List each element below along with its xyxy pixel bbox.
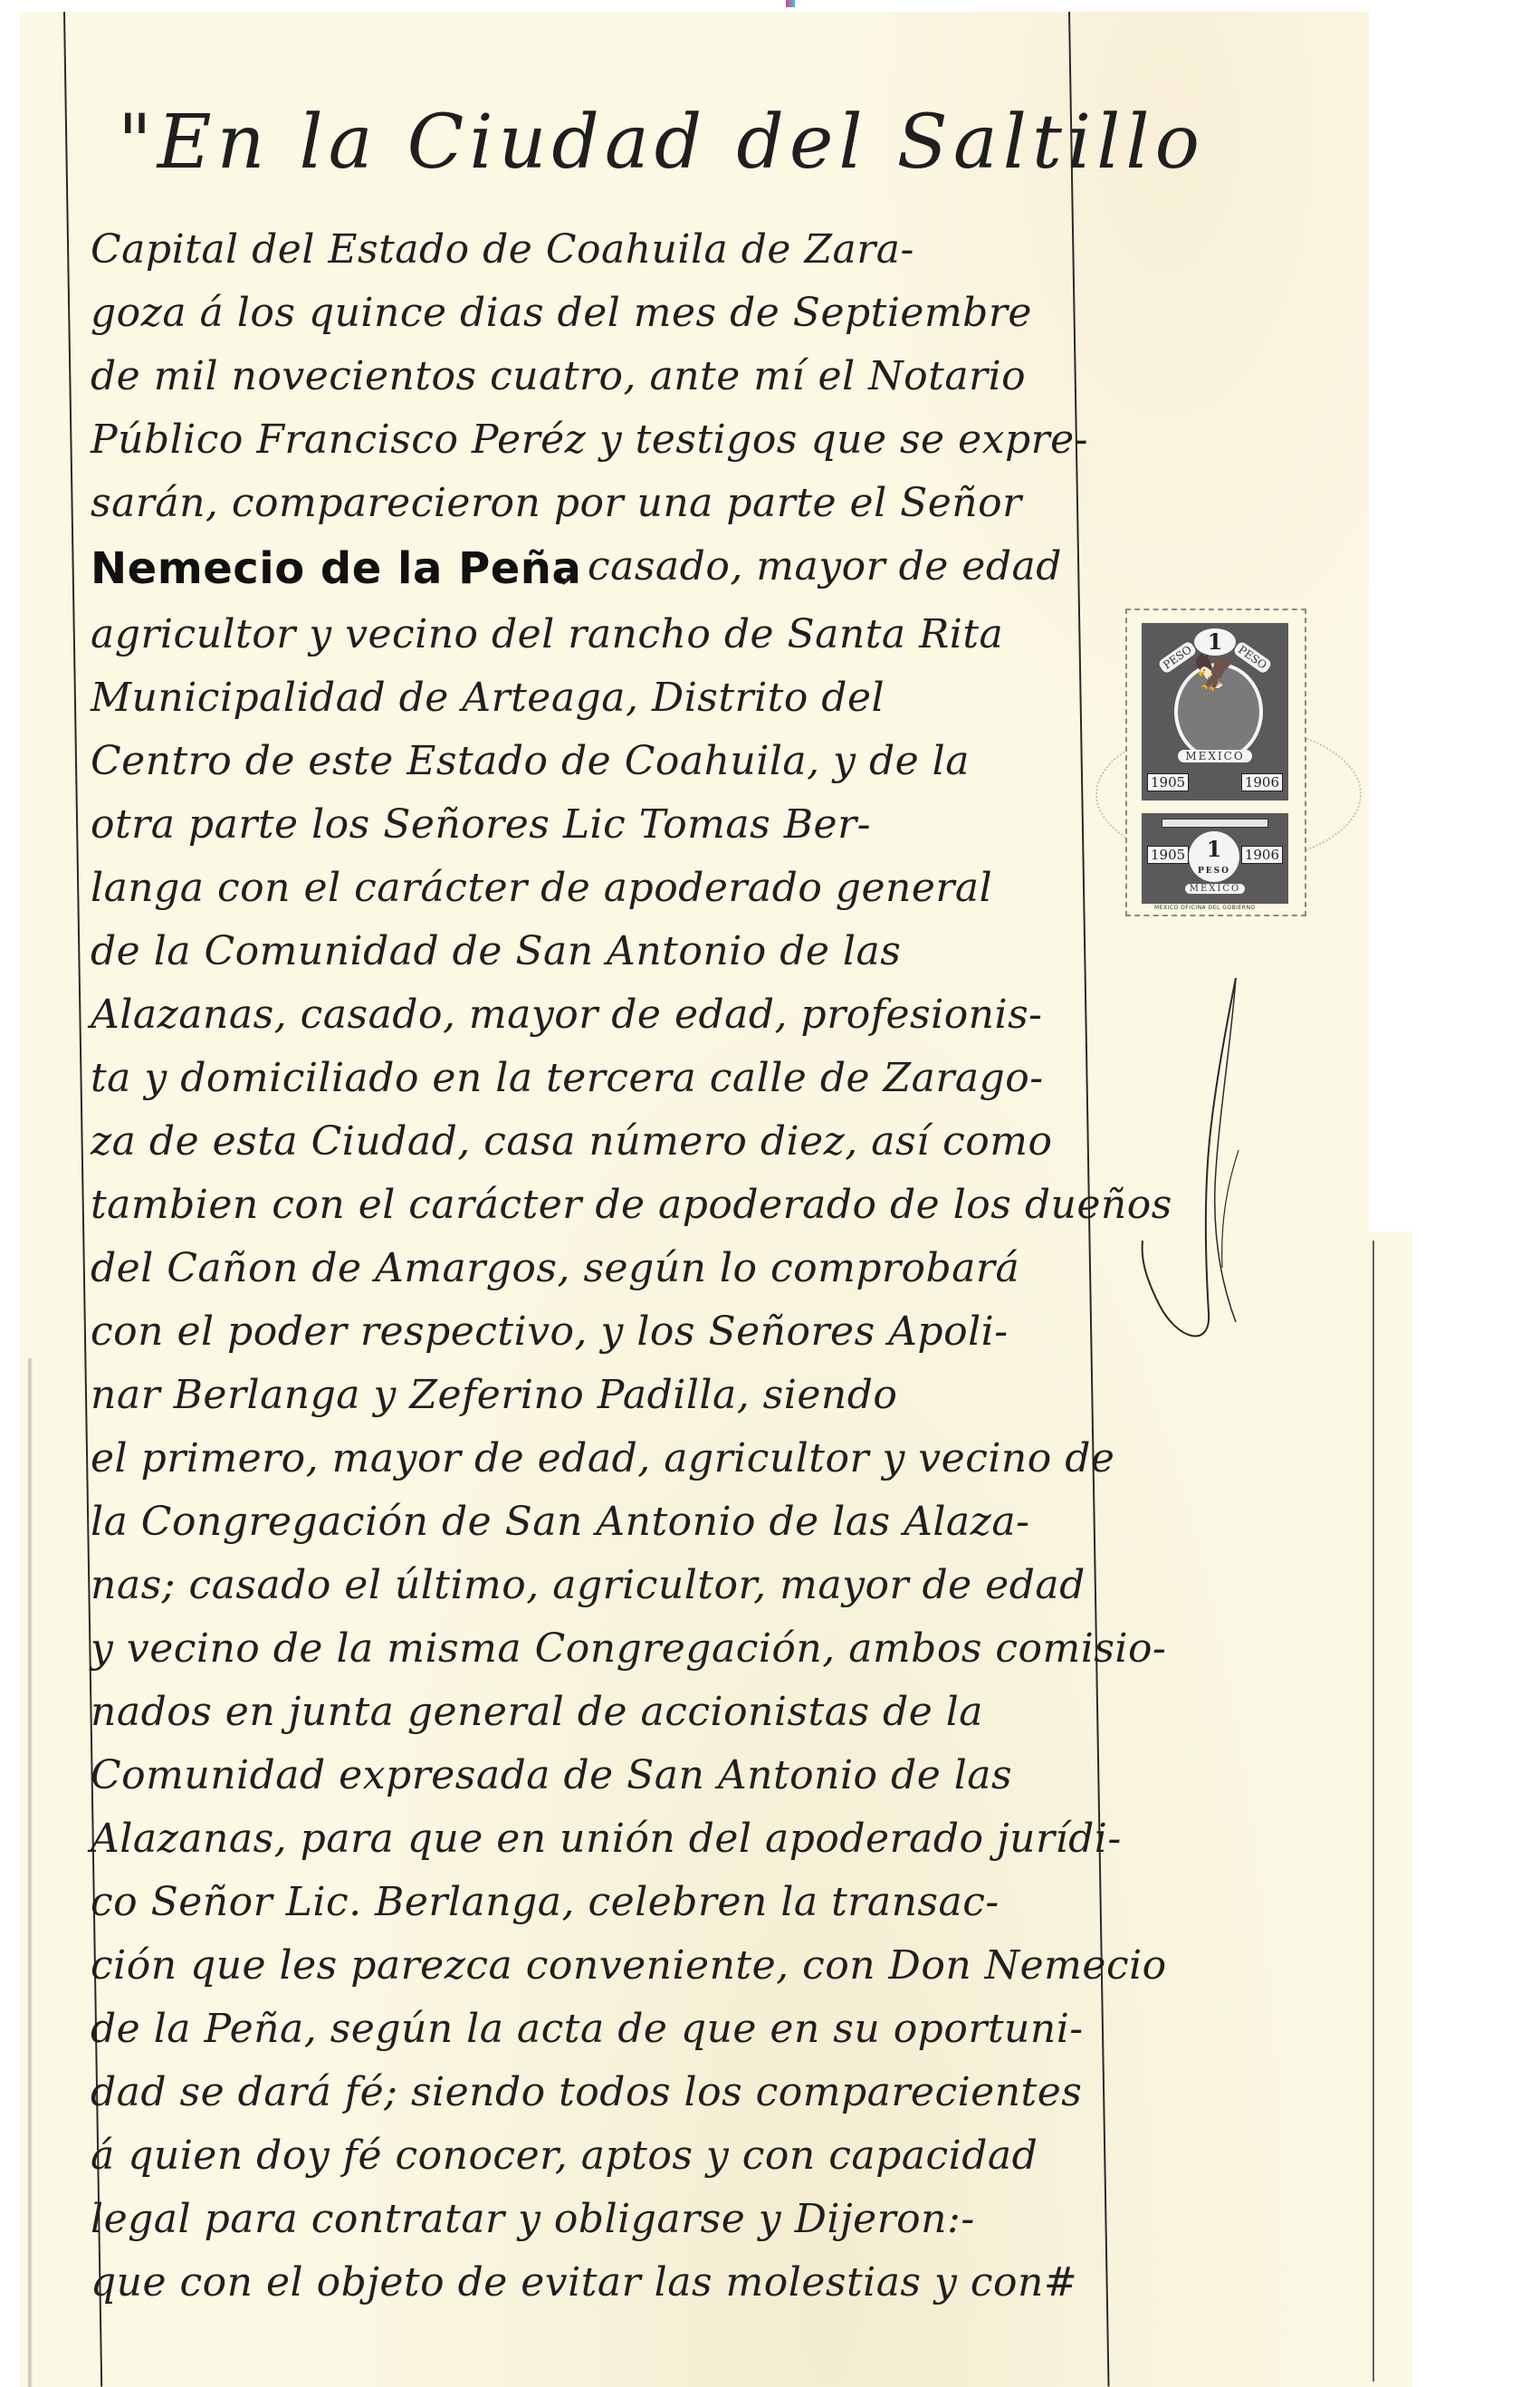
stamp-year-left: 1905: [1147, 846, 1189, 864]
stamp-country: MEXICO: [1185, 884, 1245, 894]
text-line: Público Francisco Peréz y testigos que s…: [91, 417, 1088, 463]
text-line: Centro de este Estado de Coahuila, y de …: [91, 738, 970, 784]
text-line-tail: , casado, mayor de edad: [561, 543, 1062, 590]
stamp-denomination: 1: [1194, 628, 1236, 656]
text-line: ta y domiciliado en la tercera calle de …: [91, 1055, 1044, 1101]
text-line: dad se dará fé; siendo todos los compare…: [91, 2069, 1082, 2115]
text-line-emphasized: Nemecio de la Peña: [91, 543, 581, 594]
stamp-printer-imprint: MEXICO OFICINA DEL GOBIERNO: [1154, 905, 1256, 911]
text-line: nados en junta general de accionistas de…: [91, 1689, 983, 1735]
text-line: del Cañon de Amargos, según lo comprobar…: [91, 1245, 1019, 1291]
text-line: de la Peña, según la acta de que en su o…: [91, 2006, 1084, 2052]
text-line: goza á los quince dias del mes de Septie…: [91, 290, 1032, 336]
stamp-unit: PESO: [1189, 868, 1239, 875]
revenue-stamp-top: PESO PESO 🦅 1 MEXICO 1905 1906: [1142, 623, 1288, 800]
text-line: á quien doy fé conocer, aptos y con capa…: [91, 2133, 1038, 2179]
stamp-country: MEXICO: [1178, 750, 1252, 762]
scan-color-mark: [786, 0, 795, 7]
text-line: sarán, comparecieron por una parte el Se…: [91, 480, 1022, 526]
stamp-denomination: 1: [1207, 836, 1222, 862]
text-line: langa con el carácter de apoderado gener…: [91, 865, 992, 911]
text-line: Alazanas, para que en unión del apoderad…: [91, 1816, 1122, 1862]
text-line: Alazanas, casado, mayor de edad, profesi…: [91, 992, 1043, 1038]
stamp-bar: [1162, 819, 1268, 828]
text-line: ción que les parezca conveniente, con Do…: [91, 1942, 1167, 1989]
text-line: nas; casado el último, agricultor, mayor…: [91, 1562, 1086, 1608]
text-line: za de esta Ciudad, casa número diez, así…: [91, 1118, 1053, 1165]
text-line: agricultor y vecino del rancho de Santa …: [91, 611, 1003, 657]
text-line: nar Berlanga y Zeferino Padilla, siendo: [91, 1372, 897, 1418]
text-line: de la Comunidad de San Antonio de las: [91, 928, 901, 974]
mexican-eagle-icon: 🦅: [1142, 650, 1288, 693]
paper-edge-extension: [1369, 1232, 1412, 2387]
text-line: co Señor Lic. Berlanga, celebren la tran…: [91, 1879, 1000, 1925]
text-line: Municipalidad de Arteaga, Distrito del: [91, 675, 885, 721]
stamp-year-left: 1905: [1147, 773, 1189, 791]
text-line: que con el objeto de evitar las molestia…: [91, 2259, 1077, 2306]
revenue-stamps: PESO PESO 🦅 1 MEXICO 1905 1906 1 PESO 19…: [1125, 609, 1306, 916]
text-line: con el poder respectivo, y los Señores A…: [91, 1309, 1009, 1355]
signature-flourish: [1141, 969, 1240, 1349]
text-line: otra parte los Señores Lic Tomas Ber-: [91, 801, 871, 848]
revenue-stamp-bottom: 1 PESO 1905 1906 MEXICO: [1142, 813, 1288, 904]
name-nemecio: Nemecio de la Peña: [91, 543, 581, 594]
text-line: tambien con el carácter de apoderado de …: [91, 1182, 1172, 1228]
text-line: Comunidad expresada de San Antonio de la…: [91, 1752, 1012, 1798]
stamp-denomination-circle: 1 PESO: [1189, 831, 1239, 882]
text-line: Capital del Estado de Coahuila de Zara-: [91, 226, 914, 273]
text-line: de mil novecientos cuatro, ante mí el No…: [91, 353, 1026, 399]
text-line: legal para contratar y obligarse y Dijer…: [91, 2196, 975, 2242]
text-line: el primero, mayor de edad, agricultor y …: [91, 1435, 1114, 1481]
text-line: la Congregación de San Antonio de las Al…: [91, 1499, 1029, 1545]
paper-shadow: [27, 1358, 33, 2387]
text-line: y vecino de la misma Congregación, ambos…: [91, 1625, 1166, 1672]
stamp-year-right: 1906: [1241, 846, 1283, 864]
document-heading: "En la Ciudad del Saltillo: [118, 100, 1205, 186]
paper-right-edge-line: [1373, 1241, 1374, 2382]
stamp-year-right: 1906: [1241, 773, 1283, 791]
